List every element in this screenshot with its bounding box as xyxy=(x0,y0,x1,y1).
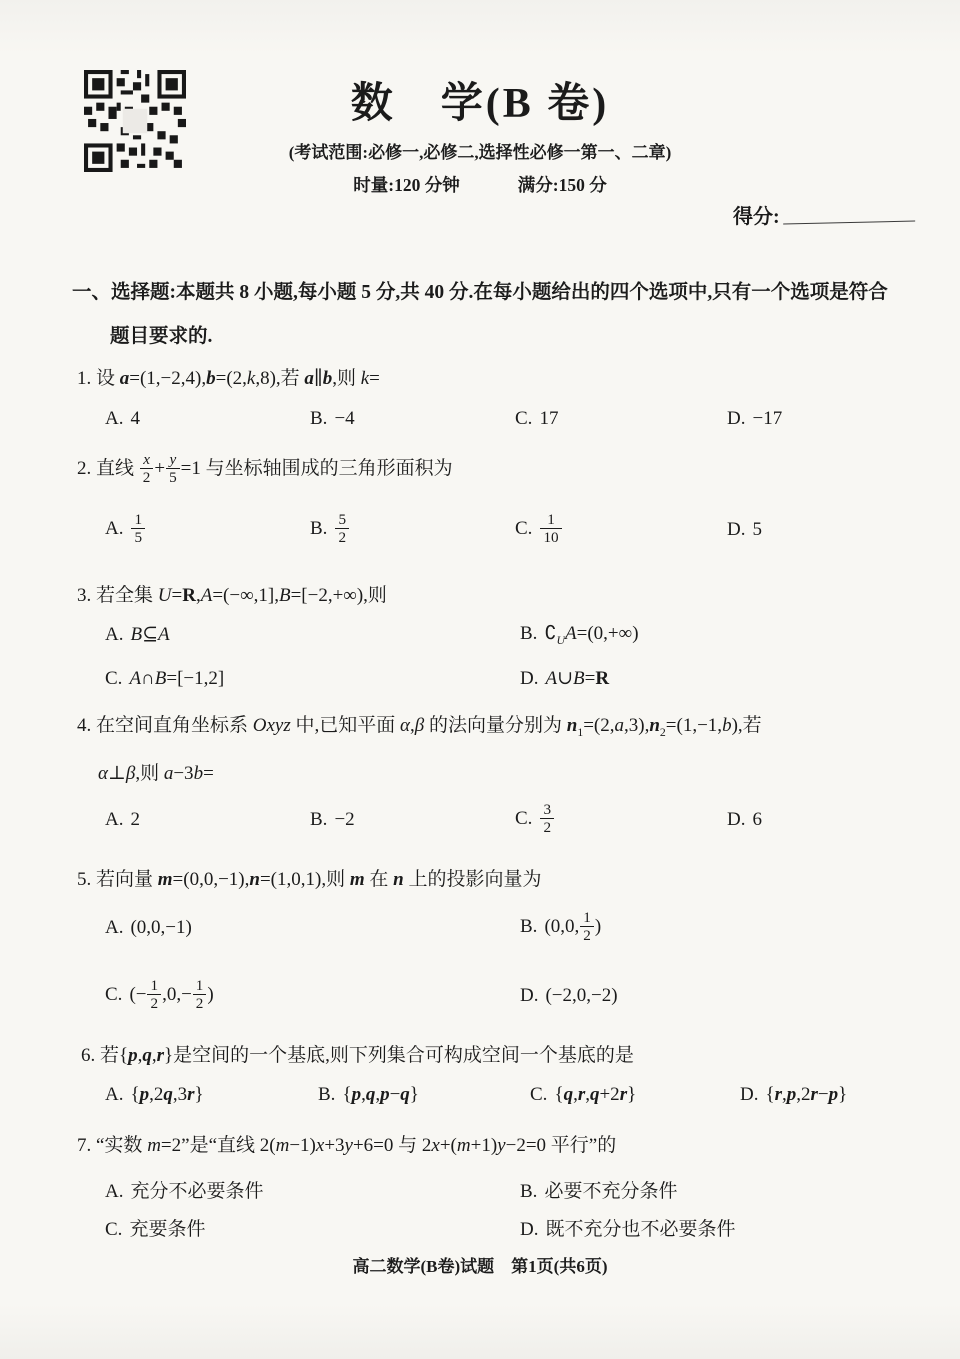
option-label: A. xyxy=(105,518,123,539)
option-value: 必要不充分条件 xyxy=(544,1181,677,1202)
option-label: B. xyxy=(310,518,327,539)
option-value: B⊆A xyxy=(130,624,169,645)
option-value: (−2,0,−2) xyxy=(545,985,617,1006)
option-label: A. xyxy=(105,1181,123,1202)
option-label: A. xyxy=(105,1084,123,1105)
question-1-options: A.4 B.−4 C.17 D.−17 xyxy=(105,408,897,430)
question-7-option-b: B.必要不充分条件 xyxy=(520,1176,897,1203)
option-label: C. xyxy=(105,668,122,689)
option-label: D. xyxy=(727,408,745,429)
question-2-option-c: C.110 xyxy=(515,512,727,547)
question-5-option-a: A.(0,0,−1) xyxy=(105,917,520,939)
option-value: −4 xyxy=(334,408,354,429)
option-label: C. xyxy=(515,518,532,539)
exam-duration: 时量:120 分钟 xyxy=(353,175,459,195)
question-5-option-c: C.(−12,0,−12) xyxy=(105,978,520,1013)
option-label: D. xyxy=(520,985,538,1006)
question-7-option-d: D.既不充分也不必要条件 xyxy=(520,1214,897,1241)
question-1-option-a: A.4 xyxy=(105,408,310,430)
option-value: A∩B=[−1,2] xyxy=(129,668,224,689)
question-6-options: A.{p,2q,3r} B.{p,q,p−q} C.{q,r,q+2r} D.{… xyxy=(105,1084,897,1106)
option-label: D. xyxy=(727,809,745,830)
option-value: (0,0,−1) xyxy=(130,917,191,938)
page-footer: 高二数学(B卷)试题 第1页(共6页) xyxy=(0,1252,960,1277)
question-6-option-b: B.{p,q,p−q} xyxy=(318,1084,530,1106)
option-value: 52 xyxy=(334,518,350,539)
question-6-option-c: C.{q,r,q+2r} xyxy=(530,1084,740,1106)
option-value: {p,2q,3r} xyxy=(130,1084,203,1105)
question-6-stem: 6. 若{p,q,r}是空间的一个基底,则下列集合可构成空间一个基底的是 xyxy=(81,1040,634,1067)
option-label: B. xyxy=(520,623,537,644)
option-value: 6 xyxy=(752,809,762,830)
exam-page: 数 学(B 卷) (考试范围:必修一,必修二,选择性必修一第一、二章) 时量:1… xyxy=(0,0,960,1359)
exam-meta: 时量:120 分钟满分:150 分 xyxy=(0,172,960,197)
option-label: C. xyxy=(515,808,532,829)
question-7-options-row2: C.充要条件 D.既不充分也不必要条件 xyxy=(105,1214,897,1241)
question-3-option-a: A.B⊆A xyxy=(105,623,520,646)
option-value: (−12,0,−12) xyxy=(129,984,213,1005)
question-3-option-d: D.A∪B=R xyxy=(520,667,897,690)
question-2-options: A.15 B.52 C.110 D.5 xyxy=(105,512,897,547)
question-4-option-a: A.2 xyxy=(105,809,310,831)
option-value: ∁UA=(0,+∞) xyxy=(544,623,638,644)
option-value: 既不充分也不必要条件 xyxy=(545,1219,735,1240)
question-4-stem-line2: α⊥β,则 a−3b= xyxy=(98,758,214,785)
option-label: B. xyxy=(520,916,537,937)
question-3-option-c: C.A∩B=[−1,2] xyxy=(105,668,520,690)
question-5-options-row2: C.(−12,0,−12) D.(−2,0,−2) xyxy=(105,978,897,1013)
question-5-option-d: D.(−2,0,−2) xyxy=(520,985,897,1007)
question-4-option-d: D.6 xyxy=(727,809,897,831)
section-heading-line2: 题目要求的. xyxy=(110,320,212,348)
exam-scope: (考试范围:必修一,必修二,选择性必修一第一、二章) xyxy=(0,138,960,163)
option-label: B. xyxy=(310,809,327,830)
question-1-option-d: D.−17 xyxy=(727,408,897,430)
question-7-option-c: C.充要条件 xyxy=(105,1214,520,1241)
option-label: D. xyxy=(520,668,538,689)
option-label: C. xyxy=(530,1084,547,1105)
option-label: D. xyxy=(740,1084,758,1105)
option-value: 110 xyxy=(539,518,562,539)
option-label: A. xyxy=(105,624,123,645)
question-5-options-row1: A.(0,0,−1) B.(0,0,12) xyxy=(105,910,897,945)
option-value: 17 xyxy=(539,408,558,429)
option-value: −17 xyxy=(752,408,782,429)
question-1-option-c: C.17 xyxy=(515,408,727,430)
option-value: −2 xyxy=(334,809,354,830)
score-field: 得分: xyxy=(733,200,915,229)
option-value: 5 xyxy=(752,519,762,540)
section-heading-line1: 一、选择题:本题共 8 小题,每小题 5 分,共 40 分.在每小题给出的四个选… xyxy=(72,276,888,304)
page-title: 数 学(B 卷) xyxy=(0,70,960,130)
score-blank-line xyxy=(783,206,915,225)
option-value: 4 xyxy=(130,408,140,429)
option-value: 充要条件 xyxy=(129,1219,205,1240)
option-value: 2 xyxy=(130,809,140,830)
question-1-stem: 1. 设 a=(1,−2,4),b=(2,k,8),若 a∥b,则 k= xyxy=(77,363,380,390)
question-3-options-row1: A.B⊆A B.∁UA=(0,+∞) xyxy=(105,622,897,648)
question-7-options-row1: A.充分不必要条件 B.必要不充分条件 xyxy=(105,1176,897,1203)
option-value: 充分不必要条件 xyxy=(130,1181,263,1202)
option-label: B. xyxy=(310,408,327,429)
option-label: C. xyxy=(105,1219,122,1240)
question-2-option-d: D.5 xyxy=(727,519,897,541)
question-2-option-a: A.15 xyxy=(105,512,310,547)
option-value: (0,0,12) xyxy=(544,916,601,937)
question-2-option-b: B.52 xyxy=(310,512,515,547)
question-3-options-row2: C.A∩B=[−1,2] D.A∪B=R xyxy=(105,667,897,690)
question-3-stem: 3. 若全集 U=R,A=(−∞,1],B=[−2,+∞),则 xyxy=(77,580,387,607)
question-4-options: A.2 B.−2 C.32 D.6 xyxy=(105,802,897,837)
option-label: A. xyxy=(105,408,123,429)
question-7-option-a: A.充分不必要条件 xyxy=(105,1176,520,1203)
question-6-option-a: A.{p,2q,3r} xyxy=(105,1084,318,1106)
option-label: C. xyxy=(515,408,532,429)
exam-full-score: 满分:150 分 xyxy=(518,175,607,195)
question-4-stem-line1: 4. 在空间直角坐标系 Oxyz 中,已知平面 α,β 的法向量分别为 n1=(… xyxy=(77,710,762,740)
score-label: 得分: xyxy=(733,206,780,228)
option-value: {p,q,p−q} xyxy=(342,1084,418,1105)
question-1-option-b: B.−4 xyxy=(310,408,515,430)
option-label: C. xyxy=(105,984,122,1005)
option-value: 15 xyxy=(130,518,146,539)
option-label: A. xyxy=(105,809,123,830)
option-value: A∪B=R xyxy=(545,668,609,689)
option-value: {r,p,2r−p} xyxy=(765,1084,847,1105)
question-4-option-b: B.−2 xyxy=(310,809,515,831)
option-label: B. xyxy=(318,1084,335,1105)
option-value: {q,r,q+2r} xyxy=(554,1084,636,1105)
option-value: 32 xyxy=(539,808,555,829)
question-5-stem: 5. 若向量 m=(0,0,−1),n=(1,0,1),则 m 在 n 上的投影… xyxy=(77,864,541,891)
question-4-option-c: C.32 xyxy=(515,802,727,837)
option-label: B. xyxy=(520,1181,537,1202)
question-3-option-b: B.∁UA=(0,+∞) xyxy=(520,622,897,648)
question-5-option-b: B.(0,0,12) xyxy=(520,910,897,945)
question-2-stem: 2. 直线 x2+y5=1 与坐标轴围成的三角形面积为 xyxy=(77,452,453,487)
question-6-option-d: D.{r,p,2r−p} xyxy=(740,1084,897,1106)
question-7-stem: 7. “实数 m=2”是“直线 2(m−1)x+3y+6=0 与 2x+(m+1… xyxy=(77,1130,616,1157)
option-label: D. xyxy=(520,1219,538,1240)
option-label: D. xyxy=(727,519,745,540)
option-label: A. xyxy=(105,917,123,938)
